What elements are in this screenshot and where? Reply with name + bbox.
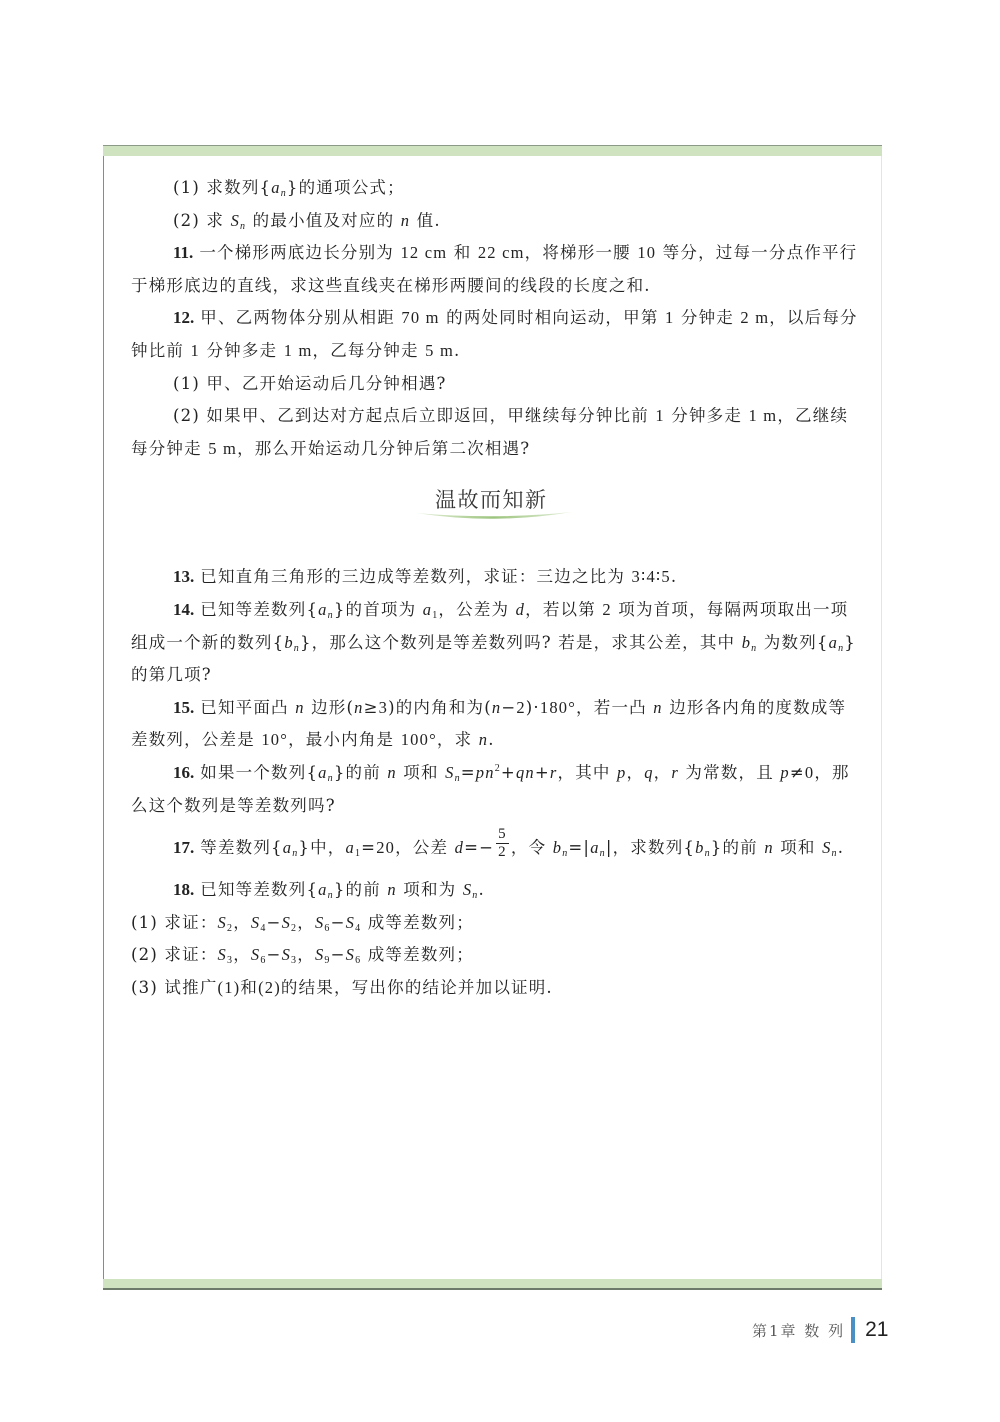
footer-divider	[851, 1317, 855, 1343]
problem-16: 16.如果一个数列{an}的前 n 项和 Sn=pn2+qn+r，其中 p，q，…	[131, 757, 858, 822]
problem-12-part-2: (2) 如果甲、乙到达对方起点后立即返回，甲继续每分钟比前 1 分钟多走 1 m…	[131, 400, 858, 465]
problem-18-part-1: (1) 求证：S2，S4−S2，S6−S4 成等差数列；	[131, 907, 858, 940]
section-heading: 温故而知新	[131, 481, 858, 541]
p10-part-2: (2) 求 Sn 的最小值及对应的 n 值.	[131, 205, 858, 238]
problem-17: 17.等差数列{an}中，a1=20，公差 d=−52，令 bn=|an|，求数…	[131, 822, 858, 874]
problem-11: 11.一个梯形两底边长分别为 12 cm 和 22 cm，将梯形一腰 10 等分…	[131, 237, 858, 302]
chapter-label: 第1章 数 列	[752, 1320, 845, 1341]
page-footer: 第1章 数 列 21	[752, 1316, 888, 1344]
problem-18: 18.已知等差数列{an}的前 n 项和为 Sn.	[131, 874, 858, 907]
problem-15: 15.已知平面凸 n 边形(n≥3)的内角和为(n−2)·180°，若一凸 n …	[131, 692, 858, 757]
fraction-5-2: 52	[496, 826, 509, 861]
p10-part-1: (1) 求数列{an}的通项公式；	[131, 172, 858, 205]
exercise-content: (1) 求数列{an}的通项公式； (2) 求 Sn 的最小值及对应的 n 值.…	[131, 172, 858, 1004]
problem-18-part-2: (2) 求证：S3，S6−S3，S9−S6 成等差数列；	[131, 939, 858, 972]
problem-14: 14.已知等差数列{an}的首项为 a1，公差为 d，若以第 2 项为首项，每隔…	[131, 594, 858, 692]
section-title: 温故而知新	[435, 487, 548, 513]
top-green-band	[103, 145, 882, 156]
problem-18-part-3: (3) 试推广(1)和(2)的结果，写出你的结论并加以证明.	[131, 972, 858, 1005]
problem-13: 13.已知直角三角形的三边成等差数列，求证：三边之比为 3∶4∶5.	[131, 561, 858, 594]
problem-12: 12.甲、乙两物体分别从相距 70 m 的两处同时相向运动，甲第 1 分钟走 2…	[131, 302, 858, 367]
bottom-green-band	[103, 1279, 882, 1290]
problem-12-part-1: (1) 甲、乙开始运动后几分钟相遇?	[131, 368, 858, 401]
page-number: 21	[865, 1318, 888, 1342]
